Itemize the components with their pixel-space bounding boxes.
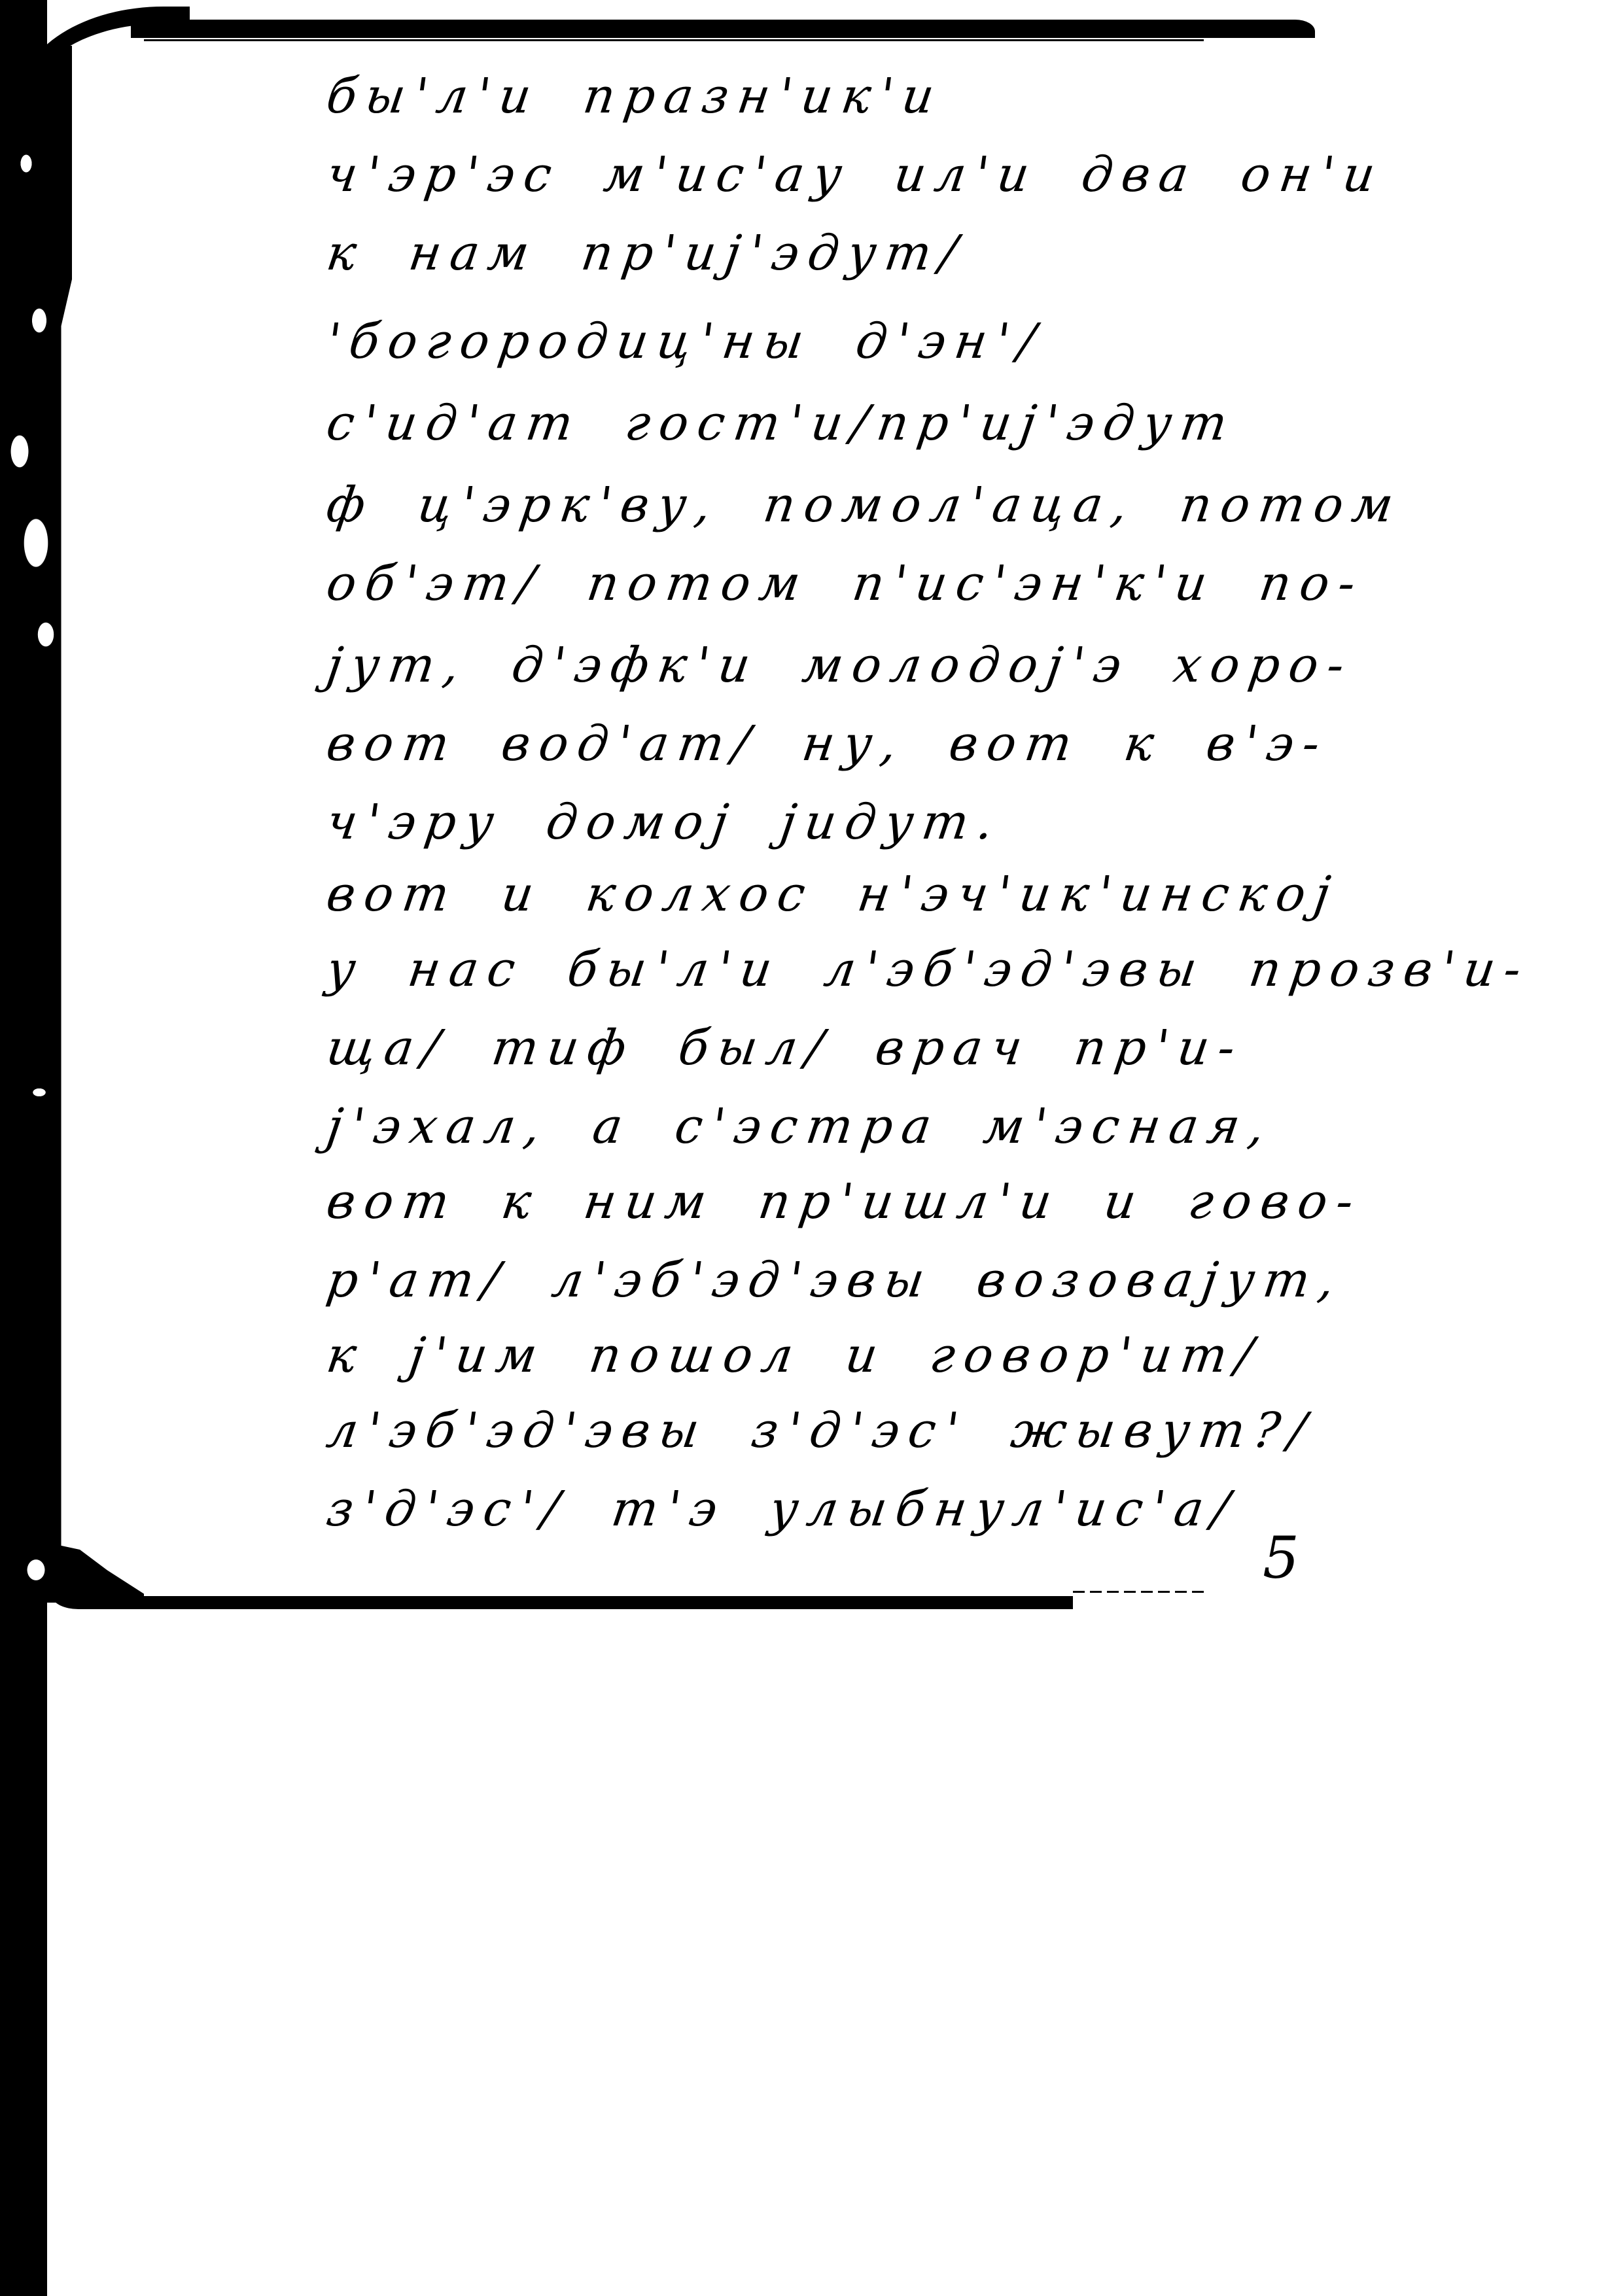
text-line: ща/ тиф был/ врач пр'и-: [324, 1024, 1247, 1072]
text-line: вот к ним пр'ишл'и и гово-: [324, 1177, 1365, 1226]
text-line: р'ат/ л'эб'эд'эвы возовајут,: [324, 1256, 1347, 1304]
text-line: ф ц'эрк'ву, помол'аца, потом: [324, 481, 1405, 529]
text-line: ч'эру домој јидут.: [324, 798, 1006, 846]
binding-edge-texture: [0, 46, 72, 1603]
text-line: јут, д'эфк'и молодој'э хоро-: [324, 641, 1356, 689]
text-line: об'эт/ потом п'ис'эн'к'и по-: [324, 559, 1367, 608]
text-line: ч'эр'эс м'ис'ау ил'и два он'и: [324, 150, 1387, 199]
top-page-border: [131, 20, 1315, 38]
text-line: к ј'им пошол и говор'ит/: [324, 1331, 1265, 1380]
text-line: с'ид'ат гост'и/пр'иј'эдут: [324, 399, 1239, 447]
top-page-border-inner-line: [144, 39, 1204, 41]
text-line: ј'эхал, а с'эстра м'эсная,: [324, 1102, 1277, 1151]
text-line: вот и колхос н'эч'ик'инскоj: [324, 870, 1342, 918]
bottom-page-border-tail: [1073, 1591, 1204, 1593]
text-line: вот вод'ат/ ну, вот к в'э-: [324, 720, 1332, 768]
page-number: 5: [1263, 1524, 1299, 1592]
text-line: л'эб'эд'эвы з'д'эс' жывут?/: [324, 1406, 1318, 1455]
text-line: бы'л'и празн'ик'и: [324, 72, 946, 120]
text-line: к нам пр'иј'эдут/: [324, 229, 970, 277]
bottom-corner-smudge: [52, 1544, 144, 1603]
bottom-page-border: [52, 1596, 1073, 1609]
text-line: з'д'эс'/ т'э улыбнул'ис'а/: [324, 1485, 1242, 1533]
text-line: 'богородиц'ны д'эн'/: [324, 317, 1047, 366]
scanned-page: бы'л'и празн'ик'и ч'эр'эс м'ис'ау ил'и д…: [0, 0, 1612, 2296]
text-line: у нас бы'л'и л'эб'эд'эвы прозв'и-: [324, 945, 1533, 994]
